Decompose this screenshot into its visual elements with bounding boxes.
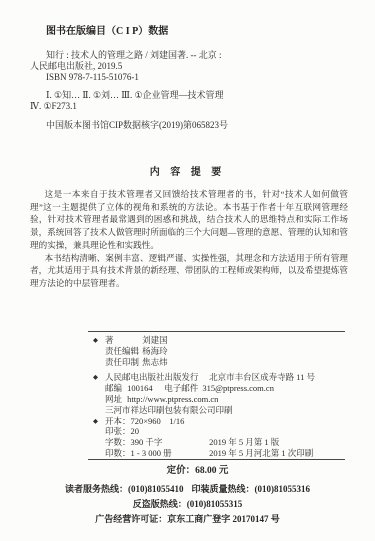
editor-row: 责任编辑 杨海玲: [88, 346, 345, 357]
word-count-row: 字数：390 千字 2019 年 5 月第 1 版: [88, 437, 345, 448]
sheets-value: 印张：20: [105, 426, 139, 436]
publisher-row: ◆ 人民邮电出版社出版发行 北京市丰台区成寿寺路 11 号: [88, 372, 345, 383]
cip-bib-line1: 知行 : 技术人的管理之路 / 刘建国著. -- 北京 :: [30, 50, 350, 61]
postcode-label: 邮编: [105, 383, 125, 394]
email-label: 电子邮件: [164, 383, 200, 394]
book-copyright-page: 图书在版编目（C I P）数据 知行 : 技术人的管理之路 / 刘建国著. --…: [0, 0, 375, 541]
website-value: http://www.ptpress.com.cn: [127, 394, 218, 404]
author-row: ◆ 著 刘建国: [88, 335, 345, 346]
author-name: 刘建国: [142, 335, 168, 345]
colophon-block: ◆ 著 刘建国 责任编辑 杨海玲 责任印制 焦志炜 ◆ 人民邮电出版社出版发行 …: [88, 331, 345, 460]
editor-label: 责任编辑: [105, 346, 140, 357]
print-company-row: 三河市祥达印刷包装有限公司印刷: [88, 405, 345, 416]
format-value: 开本：720×960 1/16: [105, 416, 184, 426]
cip-isbn: ISBN 978-7-115-51076-1: [30, 72, 350, 83]
print-run-row: 印数：1 - 3 000 册 2019 年 5 月河北第 1 次印刷: [88, 448, 345, 459]
edition-value: 2019 年 5 月第 1 版: [209, 437, 279, 447]
postcode-email-row: 邮编 100164 电子邮件 315@ptpress.com.cn: [88, 383, 345, 394]
author-label: 著: [105, 335, 140, 346]
summary-paragraph-1: 这是一本来自于技术管理者又回馈给技术管理者的书，针对“技术人如何做管理”这一主题…: [30, 188, 348, 252]
word-count-value: 字数：390 千字: [105, 437, 207, 448]
publisher-address: 北京市丰台区成寿寺路 11 号: [209, 372, 315, 382]
print-company: 三河市祥达印刷包装有限公司印刷: [105, 405, 233, 415]
impression-value: 2019 年 5 月河北第 1 次印刷: [209, 448, 313, 458]
summary-paragraph-2: 本书结构清晰、案例丰富、逻辑严谨、实操性强，其理念和方法适用于所有管理者，尤其适…: [30, 252, 348, 290]
summary-body: 这是一本来自于技术管理者又回馈给技术管理者的书，针对“技术人如何做管理”这一主题…: [30, 188, 348, 290]
postcode-value: 100164: [127, 383, 162, 394]
print-supervisor-row: 责任印制 焦志炜: [88, 357, 345, 368]
print-run-value: 印数：1 - 3 000 册: [105, 448, 207, 459]
cip-title: 图书在版编目（C I P）数据: [30, 26, 350, 37]
cip-record-number: 中国版本图书馆CIP数据核字(2019)第065823号: [30, 120, 350, 131]
editor-name: 杨海玲: [142, 346, 168, 356]
website-label: 网址: [105, 394, 125, 405]
cip-block: 图书在版编目（C I P）数据 知行 : 技术人的管理之路 / 刘建国著. --…: [30, 26, 350, 131]
sheets-row: 印张：20: [88, 426, 345, 437]
anti-piracy-hotline: 反盗版热线：(010)81055315: [0, 497, 375, 510]
print-supervisor-name: 焦志炜: [142, 357, 168, 367]
ad-license-line: 广告经营许可证：京东工商广登字 20170147 号: [0, 512, 375, 525]
cip-bib-line2: 人民邮电出版社, 2019.5: [30, 61, 350, 72]
price-line: 定价：68.00 元: [0, 462, 375, 476]
email-value: 315@ptpress.com.cn: [202, 383, 274, 393]
publisher-name: 人民邮电出版社出版发行: [105, 372, 207, 383]
cip-classification-line2: Ⅳ. ①F273.1: [30, 101, 350, 112]
print-supervisor-label: 责任印制: [105, 357, 140, 368]
format-row: ◆ 开本：720×960 1/16: [88, 416, 345, 427]
website-row: 网址 http://www.ptpress.com.cn: [88, 394, 345, 405]
service-hotlines-row: 读者服务热线：(010)81055410印装质量热线：(010)81055316: [0, 482, 375, 495]
cip-classification-line1: Ⅰ. ①知… Ⅱ. ①刘… Ⅲ. ①企业管理—技术管理: [30, 90, 350, 101]
print-quality-hotline: 印装质量热线：(010)81055316: [192, 484, 311, 494]
summary-heading: 内 容 提 要: [0, 163, 375, 178]
reader-service-hotline: 读者服务热线：(010)81055410: [65, 484, 184, 494]
